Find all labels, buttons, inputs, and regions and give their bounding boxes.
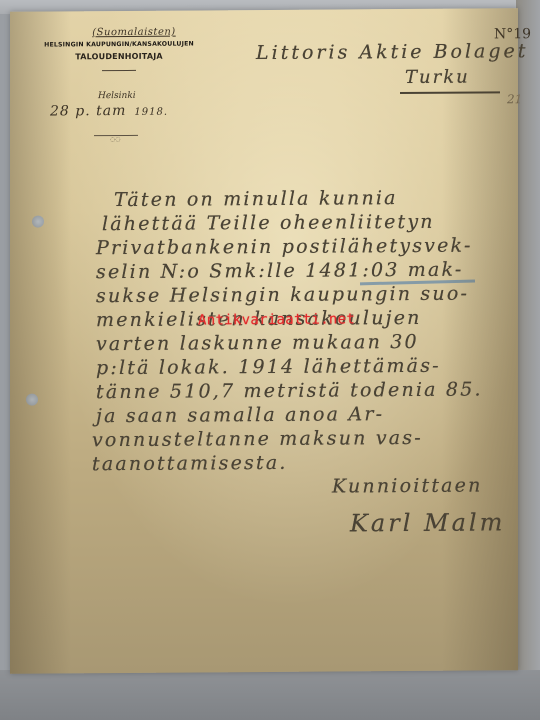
recipient-name: Littoris Aktie Bolaget: [256, 40, 528, 64]
date-day-month: 28 p. tam: [50, 103, 126, 120]
date: 28 p. tam1918.: [50, 102, 210, 119]
letterhead: (Suomalaisten) HELSINGIN KAUPUNGIN/KANSA…: [44, 26, 194, 71]
recipient-city: Turku: [405, 67, 470, 88]
body-line: Täten on minulla kunnia: [114, 187, 398, 211]
place: Helsinki: [98, 91, 136, 101]
letter-paper: (Suomalaisten) HELSINGIN KAUPUNGIN/KANSA…: [10, 8, 518, 674]
closing: Kunnioittaen: [332, 474, 483, 497]
body-line: vonnusteltanne maksun vas-: [92, 427, 423, 451]
body-line: selin N:o Smk:lle 1481:03 mak-: [96, 259, 464, 284]
backdrop-right: [516, 0, 540, 720]
date-ornament: ◌◌: [110, 136, 120, 143]
table-surface: [0, 670, 540, 720]
body-line: varten laskunne mukaan 30: [96, 331, 419, 355]
letterhead-line1: HELSINGIN KAUPUNGIN/KANSAKOULUJEN: [44, 40, 194, 48]
letterhead-line2: TALOUDENHOITAJA: [44, 51, 194, 61]
body-line: Privatbankenin postilähetysvek-: [96, 235, 473, 260]
body-line: sukse Helsingin kaupungin suo-: [96, 283, 469, 308]
punch-hole-bottom: [26, 394, 38, 406]
letterhead-handwritten-addition: (Suomalaisten): [74, 26, 194, 38]
letterhead-rule: [102, 70, 136, 71]
watermark: Antikvariaatti.net: [198, 311, 355, 328]
signature: Karl Malm: [350, 508, 505, 537]
date-year: 1918.: [134, 107, 168, 118]
page-mark: 21: [507, 92, 522, 106]
body-line: ja saan samalla anoa Ar-: [96, 403, 384, 427]
body-line: tänne 510,7 metristä todenia 85.: [96, 378, 483, 403]
body-line: p:ltä lokak. 1914 lähettämäs-: [96, 355, 441, 379]
body-line: taanottamisesta.: [92, 452, 288, 475]
punch-hole-top: [32, 216, 44, 228]
body-line: lähettää Teille oheenliitetyn: [102, 211, 435, 235]
city-underline: [400, 91, 500, 93]
